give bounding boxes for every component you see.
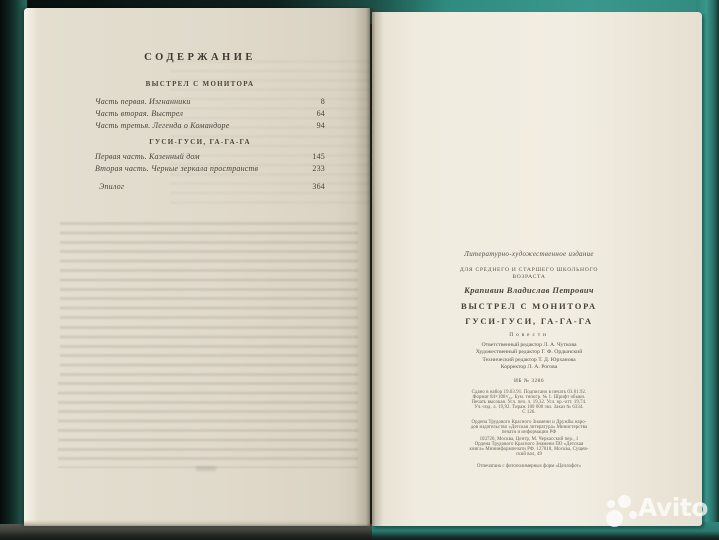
toc-entry-epilogue: Эпилог 364	[99, 182, 325, 191]
toc-entry: Первая часть. Казенный дом 145	[95, 152, 325, 161]
staff-line: Корректор Л. А. Рогова	[379, 364, 679, 371]
toc-entry: Вторая часть. Черные зеркала пространств…	[95, 164, 325, 173]
toc-entry: Часть первая. Изгнанники 8	[95, 97, 325, 106]
editorial-staff: Ответственный редактор Л. А. Чуткова Худ…	[379, 342, 679, 372]
toc-entry-label: Часть третья. Легенда о Командоре	[95, 121, 229, 130]
print-info: Сдано в набор 19.03.91. Подписано в печа…	[379, 391, 679, 416]
toc-entry-label: Часть вторая. Выстрел	[95, 109, 183, 118]
audience-line: ДЛЯ СРЕДНЕГО И СТАРШЕГО ШКОЛЬНОГО	[379, 267, 679, 274]
book-title: ВЫСТРЕЛ С МОНИТОРА	[379, 301, 679, 311]
book-cover-edge-bottom-left	[0, 524, 372, 540]
colophon-page: Литературно-художественное издание ДЛЯ С…	[372, 12, 702, 526]
publisher-info-line: печати и информации РФ	[379, 431, 679, 436]
toc-section-heading: ВЫСТРЕЛ С МОНИТОРА	[80, 80, 320, 88]
audience-note: ДЛЯ СРЕДНЕГО И СТАРШЕГО ШКОЛЬНОГО ВОЗРАС…	[379, 267, 679, 281]
audience-line: ВОЗРАСТА	[379, 274, 679, 281]
bleed-through-text	[60, 326, 358, 378]
bleed-through-text	[58, 382, 358, 468]
toc-entry-page: 364	[312, 182, 325, 191]
book-cover-edge-left	[0, 0, 27, 540]
toc-entry-page: 145	[312, 152, 325, 161]
toc-entry-label: Часть первая. Изгнанники	[95, 97, 191, 106]
toc-entry-page: 94	[317, 121, 325, 130]
publisher-info: Ордена Трудового Красного Знамени и Друж…	[379, 421, 679, 458]
toc-entry-label: Вторая часть. Черные зеркала пространств	[95, 164, 258, 173]
toc-entry-page: 233	[312, 164, 325, 173]
toc-section-heading: ГУСИ-ГУСИ, ГА-ГА-ГА	[80, 138, 320, 146]
staff-line: Художественный редактор Г. Ф. Ордынский	[379, 349, 679, 356]
toc-entry: Часть третья. Легенда о Командоре 94	[95, 121, 325, 130]
bleed-through-page-number	[196, 466, 216, 471]
toc-entry-label: Эпилог	[99, 182, 124, 191]
printed-with-line: Отпечатано с фотополимерных форм «Целлоф…	[379, 464, 679, 469]
ib-number: ИБ № 3286	[379, 378, 679, 384]
toc-entry: Часть вторая. Выстрел 64	[95, 109, 325, 118]
author-name: Крапивин Владислав Петрович	[379, 285, 679, 295]
genre-label: Повести	[379, 332, 679, 338]
book-photo: СОДЕРЖАНИЕ ВЫСТРЕЛ С МОНИТОРА Часть перв…	[0, 0, 719, 540]
toc-entry-page: 8	[321, 97, 325, 106]
toc-title: СОДЕРЖАНИЕ	[80, 52, 320, 63]
edition-type: Литературно-художественное издание	[379, 250, 679, 258]
book-title: ГУСИ-ГУСИ, ГА-ГА-ГА	[379, 316, 679, 326]
print-info-line: С 126.	[379, 411, 679, 416]
bleed-through-text	[60, 222, 358, 322]
toc-entry-label: Первая часть. Казенный дом	[95, 152, 200, 161]
staff-line: Технический редактор Т. Д. Юрханова	[379, 357, 679, 364]
toc-page: СОДЕРЖАНИЕ ВЫСТРЕЛ С МОНИТОРА Часть перв…	[24, 8, 370, 526]
toc-entry-page: 64	[317, 109, 325, 118]
publisher-info-line: ский вал, 49	[379, 453, 679, 458]
